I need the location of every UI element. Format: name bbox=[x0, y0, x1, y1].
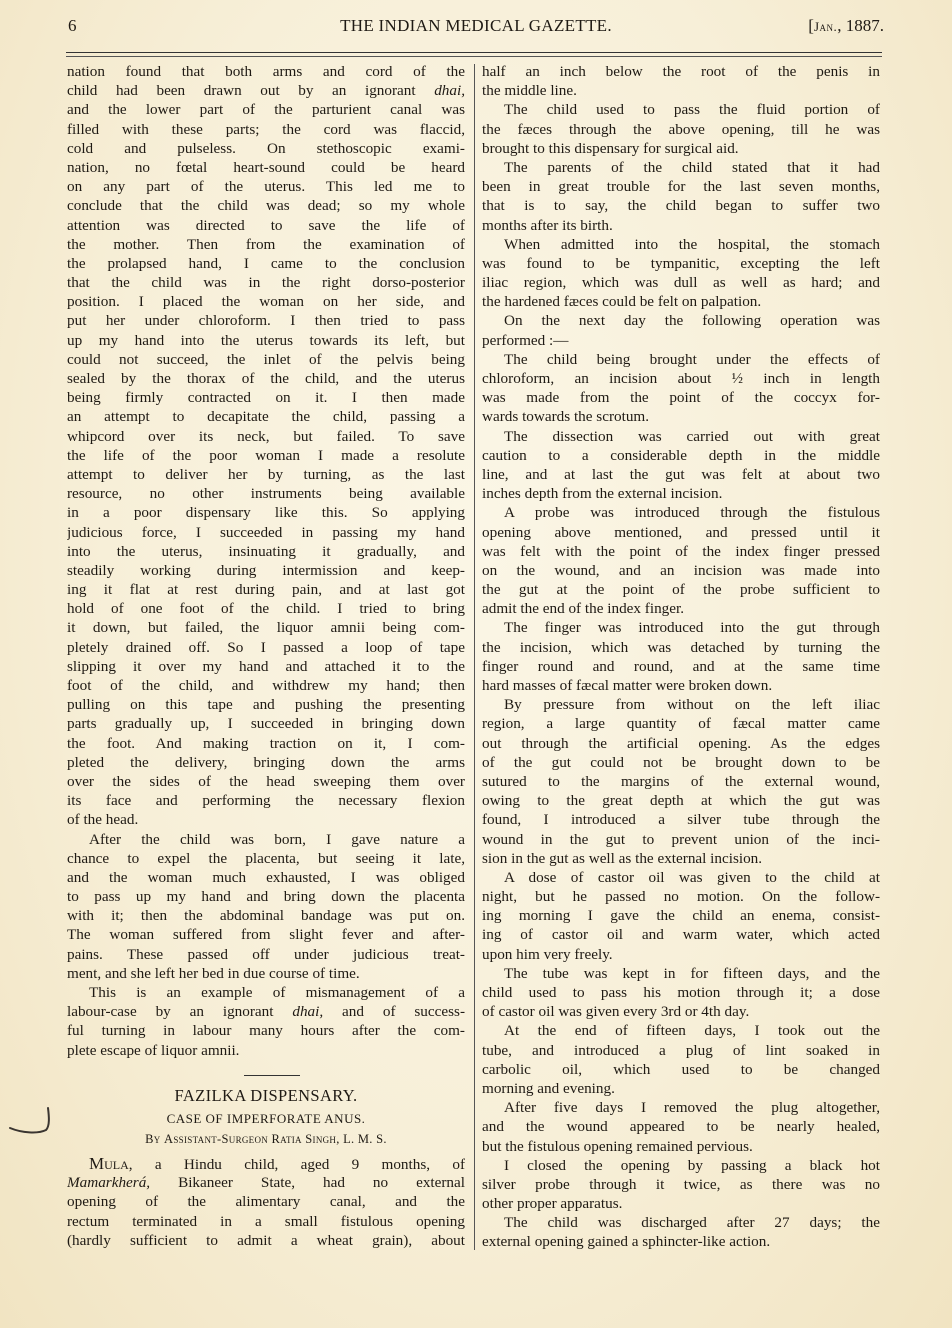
text-line: wards towards the scrotum. bbox=[482, 407, 880, 426]
right-column: half an inch below the root of the penis… bbox=[482, 62, 880, 1252]
text-line: was felt with the point of the index fin… bbox=[482, 542, 880, 561]
text-line: opening above mentioned, and pressed unt… bbox=[482, 523, 880, 542]
text-line: finger round and round, and at the same … bbox=[482, 657, 880, 676]
text-line: By pressure from without on the left ili… bbox=[482, 695, 880, 714]
text-line: The child was discharged after 27 days; … bbox=[482, 1213, 880, 1232]
text-line: attention was directed to save the life … bbox=[67, 216, 465, 235]
text-line: found, I introduced a silver tube throug… bbox=[482, 810, 880, 829]
text-line: chance to expel the placenta, but seeing… bbox=[67, 849, 465, 868]
italic-term: Mamarkherá, bbox=[67, 1174, 150, 1191]
text-line: into the uterus, insinuating it graduall… bbox=[67, 542, 465, 561]
text-line: the incision, which was detached by turn… bbox=[482, 638, 880, 657]
text-line: upon him very freely. bbox=[482, 945, 880, 964]
pencil-mark-icon bbox=[8, 1106, 54, 1136]
text-line: iliac region, which was dull as well as … bbox=[482, 273, 880, 292]
header-rule-thin bbox=[66, 56, 882, 57]
text-line: sealed by the thorax of the child, and t… bbox=[67, 369, 465, 388]
text-line: pletely drained off. So I passed a loop … bbox=[67, 638, 465, 657]
text-line: conclude that the child was dead; so my … bbox=[67, 196, 465, 215]
text-line: that is to say, the child began to suffe… bbox=[482, 196, 880, 215]
text-line: I closed the opening by passing a black … bbox=[482, 1156, 880, 1175]
text-line: (hardly sufficient to admit a wheat grai… bbox=[67, 1231, 465, 1250]
text-line: was made from the point of the coccyx fo… bbox=[482, 388, 880, 407]
text-line: After five days I removed the plug altog… bbox=[482, 1098, 880, 1117]
text-line: but the fistulous opening remained pervi… bbox=[482, 1137, 880, 1156]
text-line: filled with these parts; the cord was fl… bbox=[67, 120, 465, 139]
text-line: in a poor dispensary like this. So apply… bbox=[67, 503, 465, 522]
running-head: 6 THE INDIAN MEDICAL GAZETTE. [Jan., 188… bbox=[0, 16, 952, 40]
text-line: months after its birth. bbox=[482, 216, 880, 235]
text-line: chloroform, an incision about ½ inch in … bbox=[482, 369, 880, 388]
text-line: the hardened fæces could be felt on palp… bbox=[482, 292, 880, 311]
text-line: tube, and introduced a plug of lint soak… bbox=[482, 1041, 880, 1060]
text-line: plete escape of liquor amnii. bbox=[67, 1041, 465, 1060]
text-line: slipping it over my hand and attached it… bbox=[67, 657, 465, 676]
text-line: night, but he passed no motion. On the f… bbox=[482, 887, 880, 906]
text-line: ing of castor oil and warm water, which … bbox=[482, 925, 880, 944]
text-line: put her under chloroform. I then tried t… bbox=[67, 311, 465, 330]
text-line: to pass up my hand and bring down the pl… bbox=[67, 887, 465, 906]
text-line: could not succeed, the inlet of the pelv… bbox=[67, 350, 465, 369]
text-line: carbolic oil, which used to be changed bbox=[482, 1060, 880, 1079]
text-line: pulling on this tape and pushing the pre… bbox=[67, 695, 465, 714]
text-line: labour-case by an ignorant dhai, and of … bbox=[67, 1002, 465, 1021]
text-line: nation found that both arms and cord of … bbox=[67, 62, 465, 81]
text-line: and the wound appeared to be nearly heal… bbox=[482, 1117, 880, 1136]
text-line: foot of the child, and withdrew my hand;… bbox=[67, 676, 465, 695]
issue-month: Jan. bbox=[814, 19, 837, 34]
text-line: of the head. bbox=[67, 810, 465, 829]
case-title: CASE OF IMPERFORATE ANUS. bbox=[67, 1111, 465, 1127]
section-divider-rule bbox=[244, 1075, 300, 1076]
text-line: The dissection was carried out with grea… bbox=[482, 427, 880, 446]
text-line: was found to be tympanitic, excepting th… bbox=[482, 254, 880, 273]
text-line: pains. These passed off under judicious … bbox=[67, 945, 465, 964]
text-line: A probe was introduced through the fistu… bbox=[482, 503, 880, 522]
text-line: inches depth from the external incision. bbox=[482, 484, 880, 503]
text-line: cold and pulseless. On stethoscopic exam… bbox=[67, 139, 465, 158]
text-line: This is an example of mismanagement of a bbox=[67, 983, 465, 1002]
text-line: morning and evening. bbox=[482, 1079, 880, 1098]
italic-term: dhai, bbox=[434, 82, 465, 99]
text-line: half an inch below the root of the penis… bbox=[482, 62, 880, 81]
left-column-article: Mula, a Hindu child, aged 9 months, ofMa… bbox=[67, 1154, 465, 1250]
section-title: FAZILKA DISPENSARY. bbox=[67, 1086, 465, 1106]
text-line: resource, no other instruments being ava… bbox=[67, 484, 465, 503]
text-line: it down, but failed, the liquor amnii be… bbox=[67, 618, 465, 637]
left-column: nation found that both arms and cord of … bbox=[67, 62, 465, 1060]
text-line: performed :— bbox=[482, 331, 880, 350]
italic-term: dhai, bbox=[292, 1003, 323, 1020]
text-line: the middle line. bbox=[482, 81, 880, 100]
text-line: caution to a considerable depth in the m… bbox=[482, 446, 880, 465]
text-line: child had been drawn out by an ignorant … bbox=[67, 81, 465, 100]
text-line: silver probe through it twice, as there … bbox=[482, 1175, 880, 1194]
byline-name: Ratia Singh bbox=[272, 1132, 337, 1146]
text-line: that the child was in the right dorso-po… bbox=[67, 273, 465, 292]
text-line: of the gut could not be brought down to … bbox=[482, 753, 880, 772]
text-line: the fæces through the above opening, til… bbox=[482, 120, 880, 139]
byline: By Assistant-Surgeon Ratia Singh, L. M. … bbox=[67, 1132, 465, 1147]
byline-by: By bbox=[145, 1132, 160, 1146]
text-line: child used to pass his motion through it… bbox=[482, 983, 880, 1002]
issue-date: [Jan., 1887. bbox=[808, 16, 884, 36]
text-line: up my hand into the uterus towards its l… bbox=[67, 331, 465, 350]
text-line: The tube was kept in for fifteen days, a… bbox=[482, 964, 880, 983]
text-line: At the end of fifteen days, I took out t… bbox=[482, 1021, 880, 1040]
text-line: pleted the delivery, bringing down the a… bbox=[67, 753, 465, 772]
text-line: parts gradually up, I succeeded in bring… bbox=[67, 714, 465, 733]
header-rule bbox=[66, 52, 882, 53]
text-line: The finger was introduced into the gut t… bbox=[482, 618, 880, 637]
text-line: wound in the gut to prevent union of the… bbox=[482, 830, 880, 849]
text-line: position. I placed the woman on her side… bbox=[67, 292, 465, 311]
text-line: the gut at the point of the probe suffic… bbox=[482, 580, 880, 599]
text-line: of castor oil was given every 3rd or 4th… bbox=[482, 1002, 880, 1021]
text-line: steadily working during intermission and… bbox=[67, 561, 465, 580]
byline-rank: Assistant-Surgeon bbox=[164, 1132, 268, 1146]
column-divider bbox=[474, 64, 475, 1250]
text-line: and the lower part of the parturient can… bbox=[67, 100, 465, 119]
text-line: line, and at last the gut was felt at ab… bbox=[482, 465, 880, 484]
text-line: on any part of the uterus. This led me t… bbox=[67, 177, 465, 196]
text-line: nation, no fœtal heart-sound could be he… bbox=[67, 158, 465, 177]
text-line: The parents of the child stated that it … bbox=[482, 158, 880, 177]
text-line: sutured to the margins of the external w… bbox=[482, 772, 880, 791]
text-line: whipcord over its neck, but failed. To s… bbox=[67, 427, 465, 446]
text-line: admit the end of the index finger. bbox=[482, 599, 880, 618]
text-line: out through the artificial opening. As t… bbox=[482, 734, 880, 753]
text-line: its face and performing the necessary fl… bbox=[67, 791, 465, 810]
journal-page: 6 THE INDIAN MEDICAL GAZETTE. [Jan., 188… bbox=[0, 0, 952, 1328]
text-line: ful turning in labour many hours after t… bbox=[67, 1021, 465, 1040]
text-line: Mamarkherá, Bikaneer State, had no exter… bbox=[67, 1173, 465, 1192]
text-line: the life of the poor woman I made a reso… bbox=[67, 446, 465, 465]
text-line: with it; then the abdominal bandage was … bbox=[67, 906, 465, 925]
text-line: attempt to deliver her by turning, as th… bbox=[67, 465, 465, 484]
text-line: hard masses of fæcal matter were broken … bbox=[482, 676, 880, 695]
text-line: ment, and she left her bed in due course… bbox=[67, 964, 465, 983]
text-line: brought to this dispensary for surgical … bbox=[482, 139, 880, 158]
text-line: sion in the gut as well as the external … bbox=[482, 849, 880, 868]
text-line: been in great trouble for the last seven… bbox=[482, 177, 880, 196]
issue-year: , 1887. bbox=[837, 16, 884, 35]
text-line: After the child was born, I gave nature … bbox=[67, 830, 465, 849]
text-line: external opening gained a sphincter-like… bbox=[482, 1232, 880, 1251]
text-line: region, a large quantity of fæcal matter… bbox=[482, 714, 880, 733]
text-line: ing it flat at rest during pain, and at … bbox=[67, 580, 465, 599]
text-line: over the sides of the head sweeping them… bbox=[67, 772, 465, 791]
text-line: On the next day the following operation … bbox=[482, 311, 880, 330]
text-line: rectum terminated in a small fistulous o… bbox=[67, 1212, 465, 1231]
text-line: The child used to pass the fluid portion… bbox=[482, 100, 880, 119]
text-line: opening of the alimentary canal, and the bbox=[67, 1192, 465, 1211]
text-line: The woman suffered from slight fever and… bbox=[67, 925, 465, 944]
opening-word: Mula bbox=[89, 1154, 129, 1173]
text-line: A dose of castor oil was given to the ch… bbox=[482, 868, 880, 887]
text-line: the foot. And making traction on it, I c… bbox=[67, 734, 465, 753]
text-line: on the wound, and an incision was made i… bbox=[482, 561, 880, 580]
text-line: and the woman much exhausted, I was obli… bbox=[67, 868, 465, 887]
text-line: Mula, a Hindu child, aged 9 months, of bbox=[67, 1154, 465, 1173]
text-line: When admitted into the hospital, the sto… bbox=[482, 235, 880, 254]
text-line: an attempt to decapitate the child, pass… bbox=[67, 407, 465, 426]
text-line: the prolapsed hand, I came to the conclu… bbox=[67, 254, 465, 273]
byline-suffix: , L. M. S. bbox=[336, 1132, 387, 1146]
text-line: owing to the great depth at which the gu… bbox=[482, 791, 880, 810]
text-line: The child being brought under the effect… bbox=[482, 350, 880, 369]
text-line: being firmly contracted on it. I then ma… bbox=[67, 388, 465, 407]
text-line: ing morning I gave the child an enema, c… bbox=[482, 906, 880, 925]
text-line: the mother. Then from the examination of bbox=[67, 235, 465, 254]
text-line: other proper apparatus. bbox=[482, 1194, 880, 1213]
text-line: hold of one foot of the child. I tried t… bbox=[67, 599, 465, 618]
text-line: judicious force, I succeeded in passing … bbox=[67, 523, 465, 542]
